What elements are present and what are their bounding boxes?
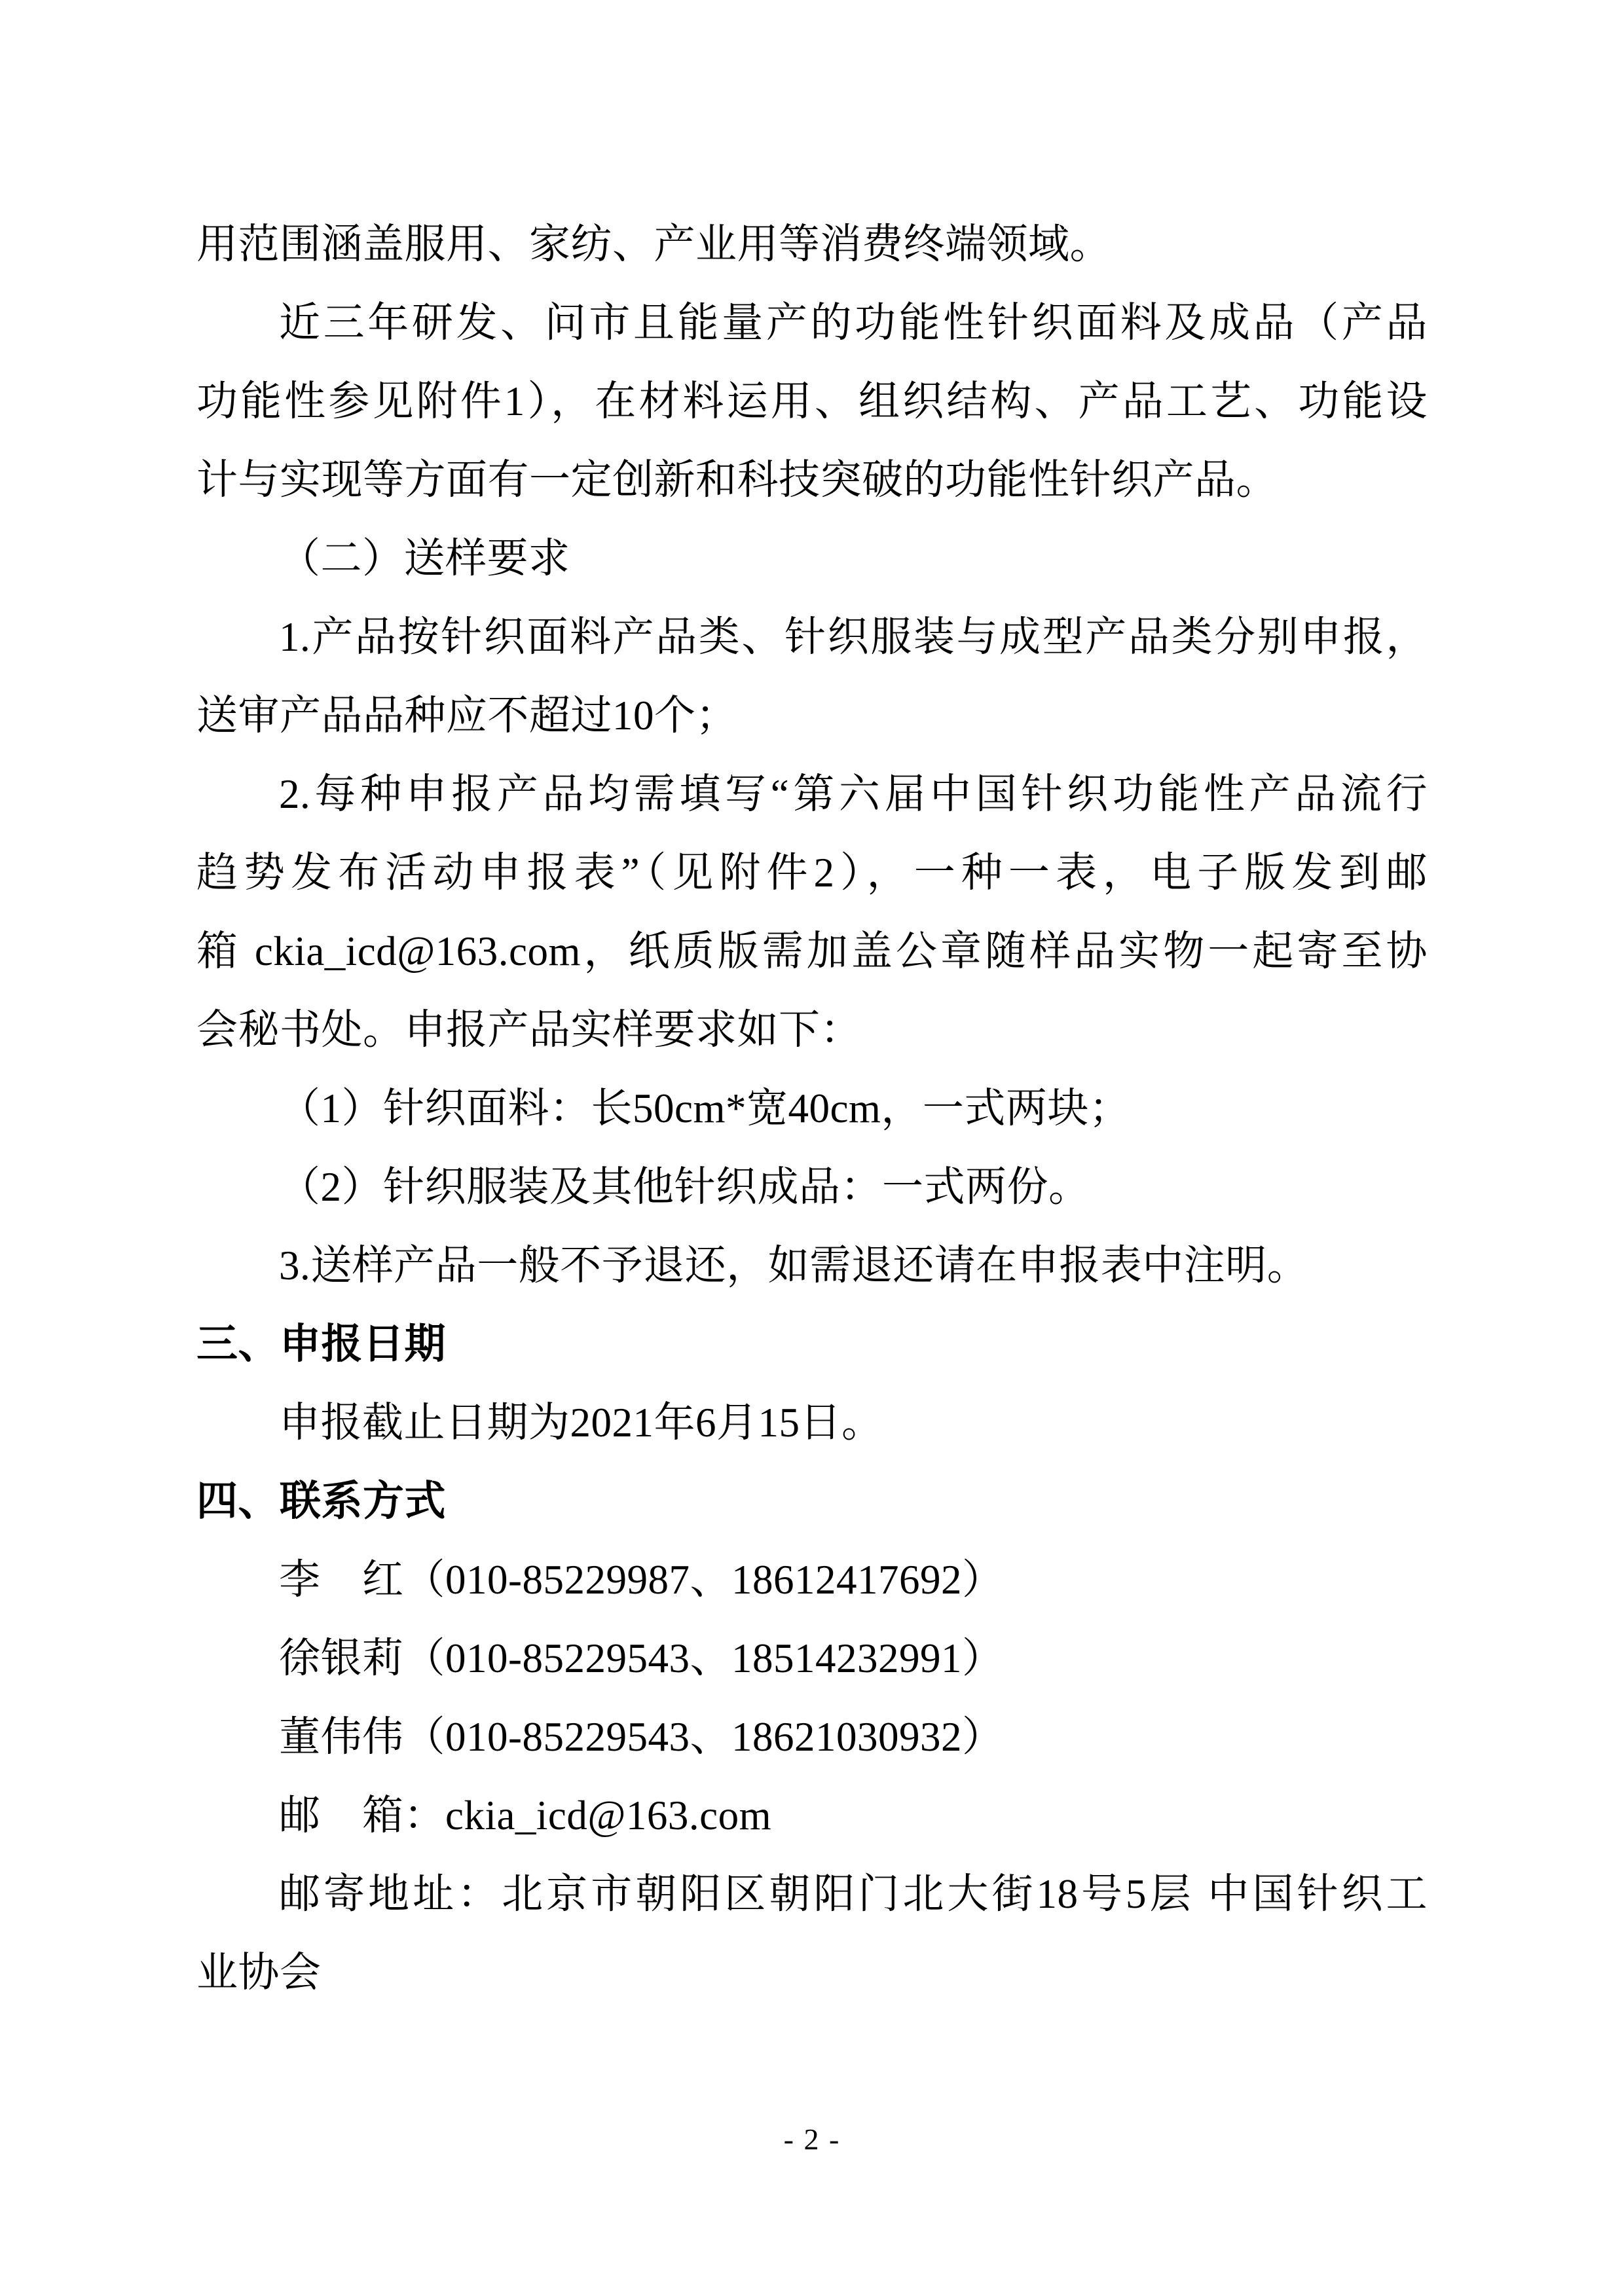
text-line: 会秘书处。申报产品实样要求如下： xyxy=(196,991,1428,1069)
text-line: 申报截止日期为2021年6月15日。 xyxy=(196,1383,1428,1462)
document-page: 用范围涵盖服用、家纺、产业用等消费终端领域。 近三年研发、问市且能量产的功能性针… xyxy=(0,0,1624,2296)
text-line: （2）针织服装及其他针织成品：一式两份。 xyxy=(196,1148,1428,1226)
text-line: 1.产品按针织面料产品类、针织服装与成型产品类分别申报， xyxy=(196,598,1428,676)
document-body: 用范围涵盖服用、家纺、产业用等消费终端领域。 近三年研发、问市且能量产的功能性针… xyxy=(196,205,1428,2012)
text-line: 趋势发布活动申报表”（见附件2），一种一表，电子版发到邮 xyxy=(196,833,1428,912)
contact-line: 徐银莉（010-85229543、18514232991） xyxy=(196,1619,1428,1698)
text-line: 用范围涵盖服用、家纺、产业用等消费终端领域。 xyxy=(196,205,1428,283)
text-line: 3.送样产品一般不予退还，如需退还请在申报表中注明。 xyxy=(196,1226,1428,1305)
text-line: （1）针织面料：长50cm*宽40cm，一式两块； xyxy=(196,1069,1428,1148)
address-line: 邮寄地址：北京市朝阳区朝阳门北大街18号5层 中国针织工 xyxy=(196,1855,1428,1933)
page-number: - 2 - xyxy=(0,2120,1624,2159)
text-line: 箱 ckia_icd@163.com，纸质版需加盖公章随样品实物一起寄至协 xyxy=(196,912,1428,991)
email-line: 邮 箱：ckia_icd@163.com xyxy=(196,1776,1428,1855)
contact-line: 李 红（010-85229987、18612417692） xyxy=(196,1540,1428,1619)
section-heading-3: 三、申报日期 xyxy=(196,1305,1428,1383)
text-line: 送审产品品种应不超过10个； xyxy=(196,676,1428,755)
text-line: 近三年研发、问市且能量产的功能性针织面料及成品（产品 xyxy=(196,283,1428,362)
text-line: 2.每种申报产品均需填写“第六届中国针织功能性产品流行 xyxy=(196,755,1428,833)
address-line: 业协会 xyxy=(196,1933,1428,2012)
section-heading-4: 四、联系方式 xyxy=(196,1462,1428,1540)
subsection-heading: （二）送样要求 xyxy=(196,519,1428,598)
text-line: 计与实现等方面有一定创新和科技突破的功能性针织产品。 xyxy=(196,441,1428,519)
contact-line: 董伟伟（010-85229543、18621030932） xyxy=(196,1698,1428,1776)
text-line: 功能性参见附件1），在材料运用、组织结构、产品工艺、功能设 xyxy=(196,362,1428,441)
